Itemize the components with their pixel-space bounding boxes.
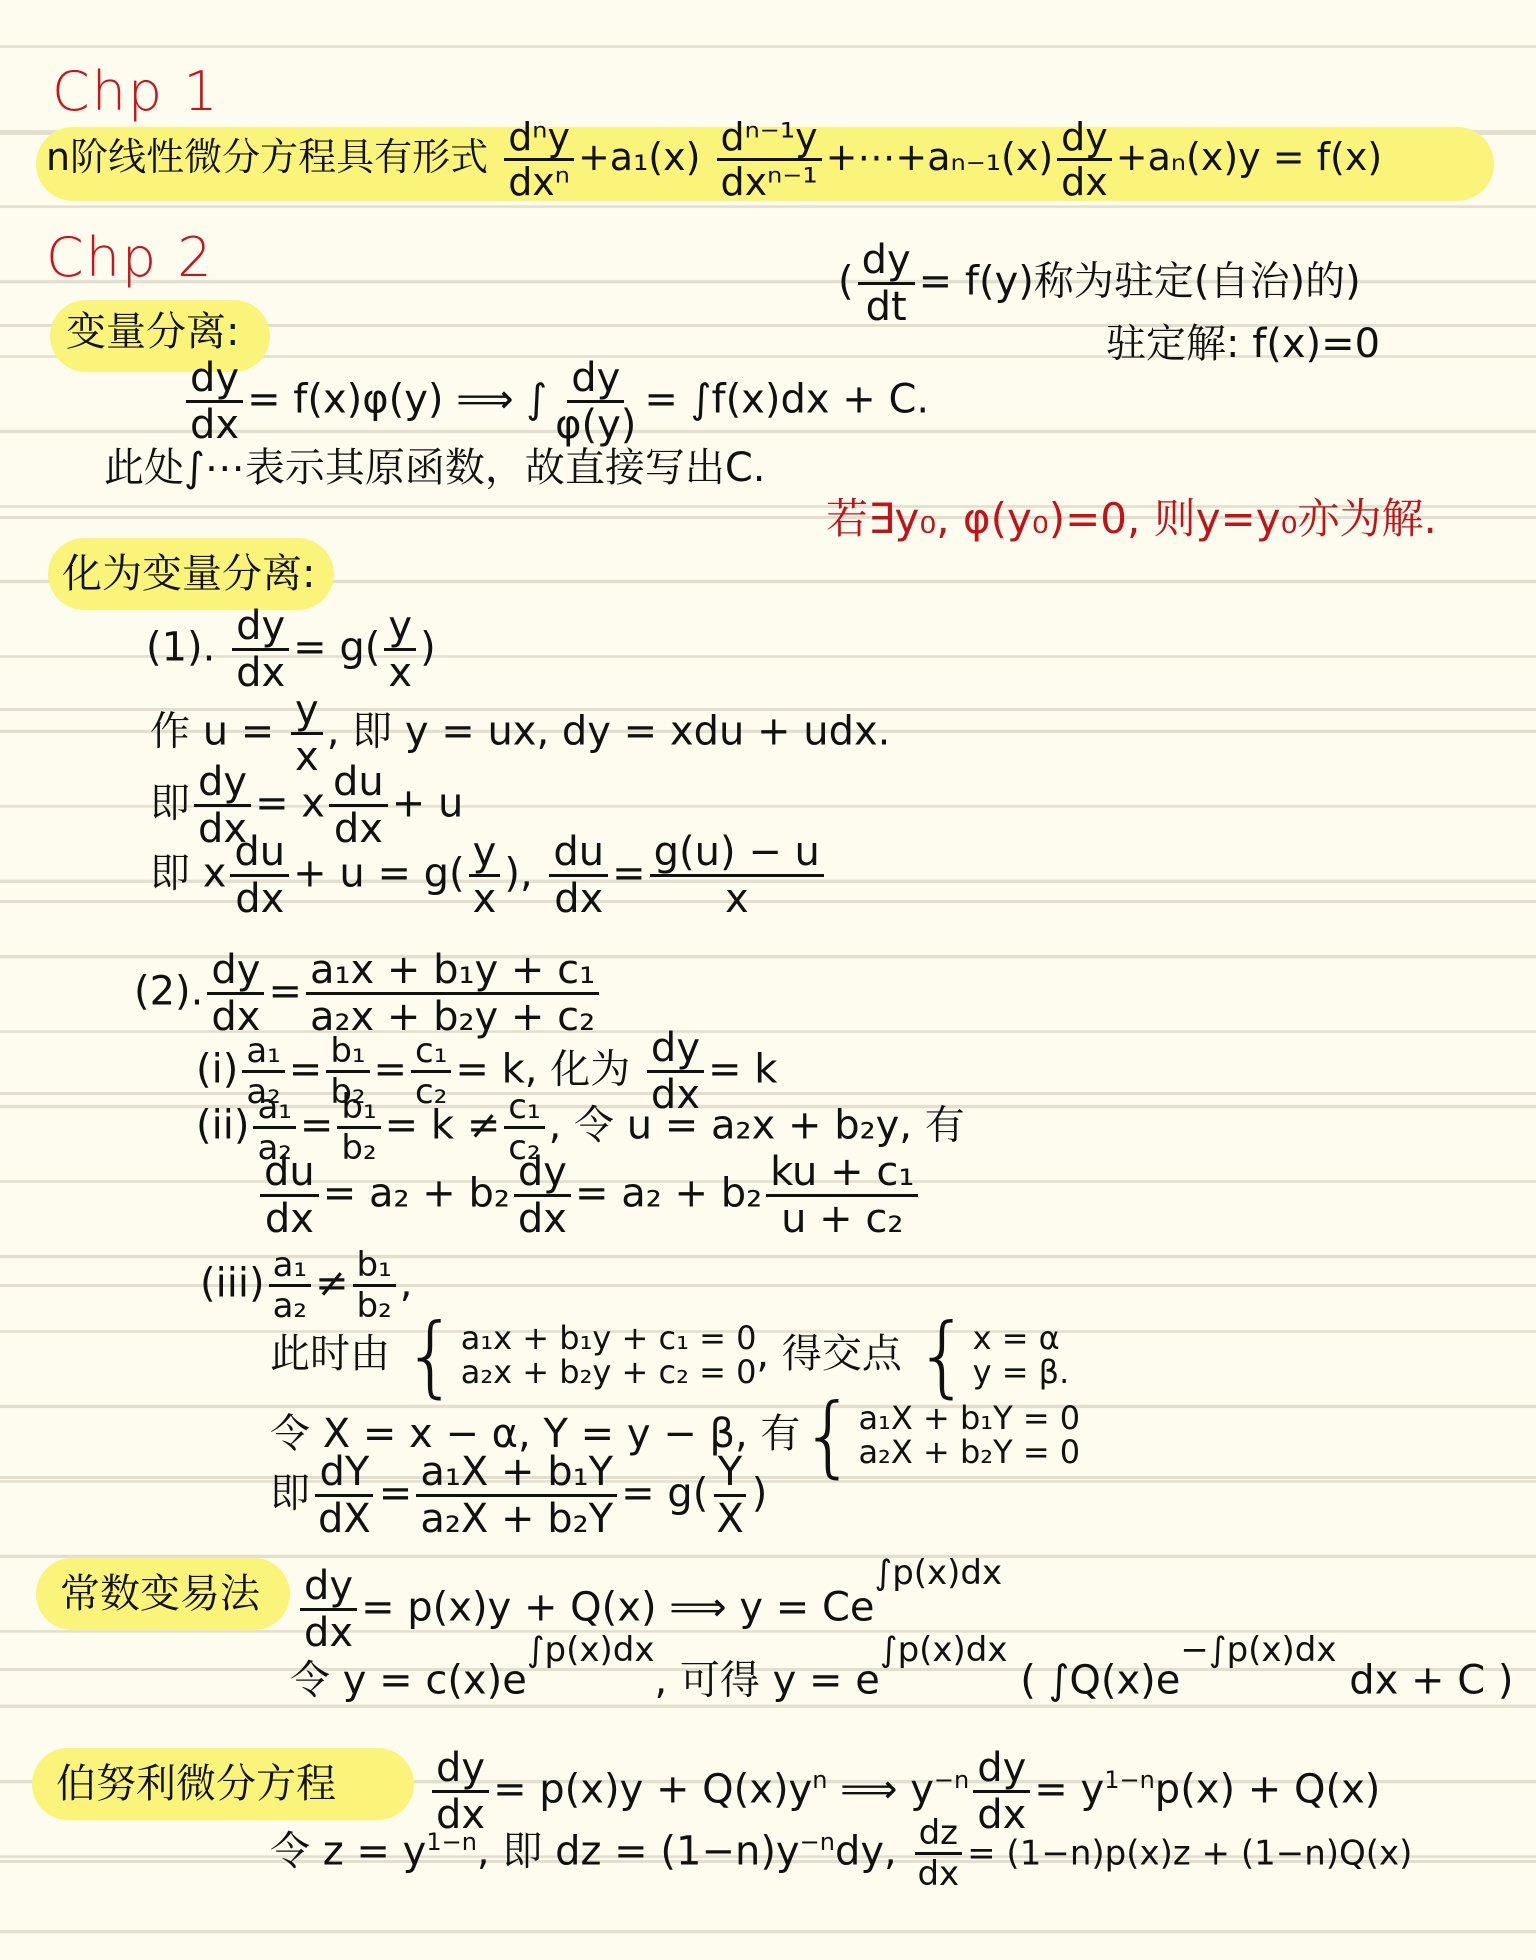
separable-equation: dy dx = f(x)φ(y) ⟹ ∫ dy φ(y) = ∫f(x)dx +… (182, 358, 929, 445)
variation-of-constants-label: 常数变易法 (60, 1572, 260, 1616)
dy-over-phi-fraction: dy φ(y) (551, 358, 640, 445)
nth-derivative-fraction: dⁿy dxⁿ (504, 118, 574, 201)
case1-equation: (1). dydx= g(yx) (146, 606, 436, 693)
ku-c1-over-u-c2-fraction: ku + c₁u + c₂ (766, 1152, 918, 1239)
du-dx-fraction: dudx (260, 1152, 319, 1239)
case2-equation: (2).dydx=a₁x + b₁y + c₁a₂x + b₂y + c₂ (134, 950, 603, 1037)
case2-sub-iii-result: 即dYdX=a₁X + b₁Ya₂X + b₂Y= g(YX) (270, 1452, 767, 1539)
y-over-x-fraction: yx (384, 606, 416, 693)
n-minus-1-derivative-fraction: dⁿ⁻¹y dxⁿ⁻¹ (717, 118, 822, 201)
y-over-x-fraction: yx (469, 832, 501, 919)
linear-ratio-fraction: a₁x + b₁y + c₁a₂x + b₂y + c₂ (306, 950, 599, 1037)
dy-dx-fraction: dydx (300, 1566, 357, 1653)
variation-line-2: 令 y = c(x)e∫p(x)dx, 可得 y = e∫p(x)dx ( ∫Q… (290, 1650, 1514, 1702)
du-dx-fraction: dudx (549, 832, 608, 919)
shifted-ratio-fraction: a₁X + b₁Ya₂X + b₂Y (416, 1452, 617, 1539)
linear-ode-label: n阶线性微分方程具有形式 (46, 135, 488, 179)
reducible-label: 化为变量分离: (62, 552, 315, 596)
case2-sub-ii-derivation: dudx= a₂ + b₂dydx= a₂ + b₂ku + c₁u + c₂ (256, 1152, 922, 1239)
Y-over-X-fraction: YX (712, 1452, 747, 1539)
chapter-1-title: Chp 1 (52, 60, 220, 123)
linear-ode-definition: n阶线性微分方程具有形式 dⁿy dxⁿ +a₁(x) dⁿ⁻¹y dxⁿ⁻¹ … (46, 118, 1382, 201)
dY-dX-fraction: dYdX (314, 1452, 375, 1539)
dz-dx-fraction: dzdx (913, 1816, 963, 1891)
bernoulli-label: 伯努利微分方程 (56, 1762, 336, 1806)
dy-dx-fraction: dydx (207, 950, 264, 1037)
dy-dx-fraction: dydx (514, 1152, 571, 1239)
intersection-point: {x = αy = β. (915, 1312, 1070, 1400)
homogeneous-system: {a₁X + b₁Y = 0a₂X + b₂Y = 0 (800, 1392, 1080, 1480)
separable-label: 变量分离: (66, 310, 239, 354)
red-extra-solution-note: 若∃y₀, φ(y₀)=0, 则y=y₀亦为解. (826, 496, 1437, 542)
gu-minus-u-over-x-fraction: g(u) − ux (650, 832, 824, 919)
dy-dx-fraction: dydx (232, 606, 289, 693)
chapter-2-title: Chp 2 (46, 226, 214, 289)
du-dx-fraction: dudx (230, 832, 289, 919)
stationary-solution-note: 驻定解: f(x)=0 (1106, 322, 1380, 366)
case1-step3: 即 xdudx+ u = g(yx), dudx=g(u) − ux (150, 832, 828, 919)
antiderivative-note: 此处∫⋯表示其原函数，故直接写出C. (104, 446, 765, 490)
dy-dx-fraction: dy dx (186, 358, 243, 445)
first-derivative-fraction: dy dx (1057, 118, 1112, 201)
system-of-lines: {a₁x + b₁y + c₁ = 0a₂x + b₂y + c₂ = 0 (403, 1312, 757, 1400)
case2-sub-iii-intersection: 此时由 {a₁x + b₁y + c₁ = 0a₂x + b₂y + c₂ = … (270, 1312, 1069, 1400)
autonomous-note: ( dy dt = f(y)称为驻定(自治)的) (838, 240, 1361, 327)
dy-dt-fraction: dy dt (858, 240, 915, 327)
bernoulli-line-2: 令 z = y1−n, 即 dz = (1−n)y−ndy, dzdx= (1−… (270, 1816, 1412, 1891)
